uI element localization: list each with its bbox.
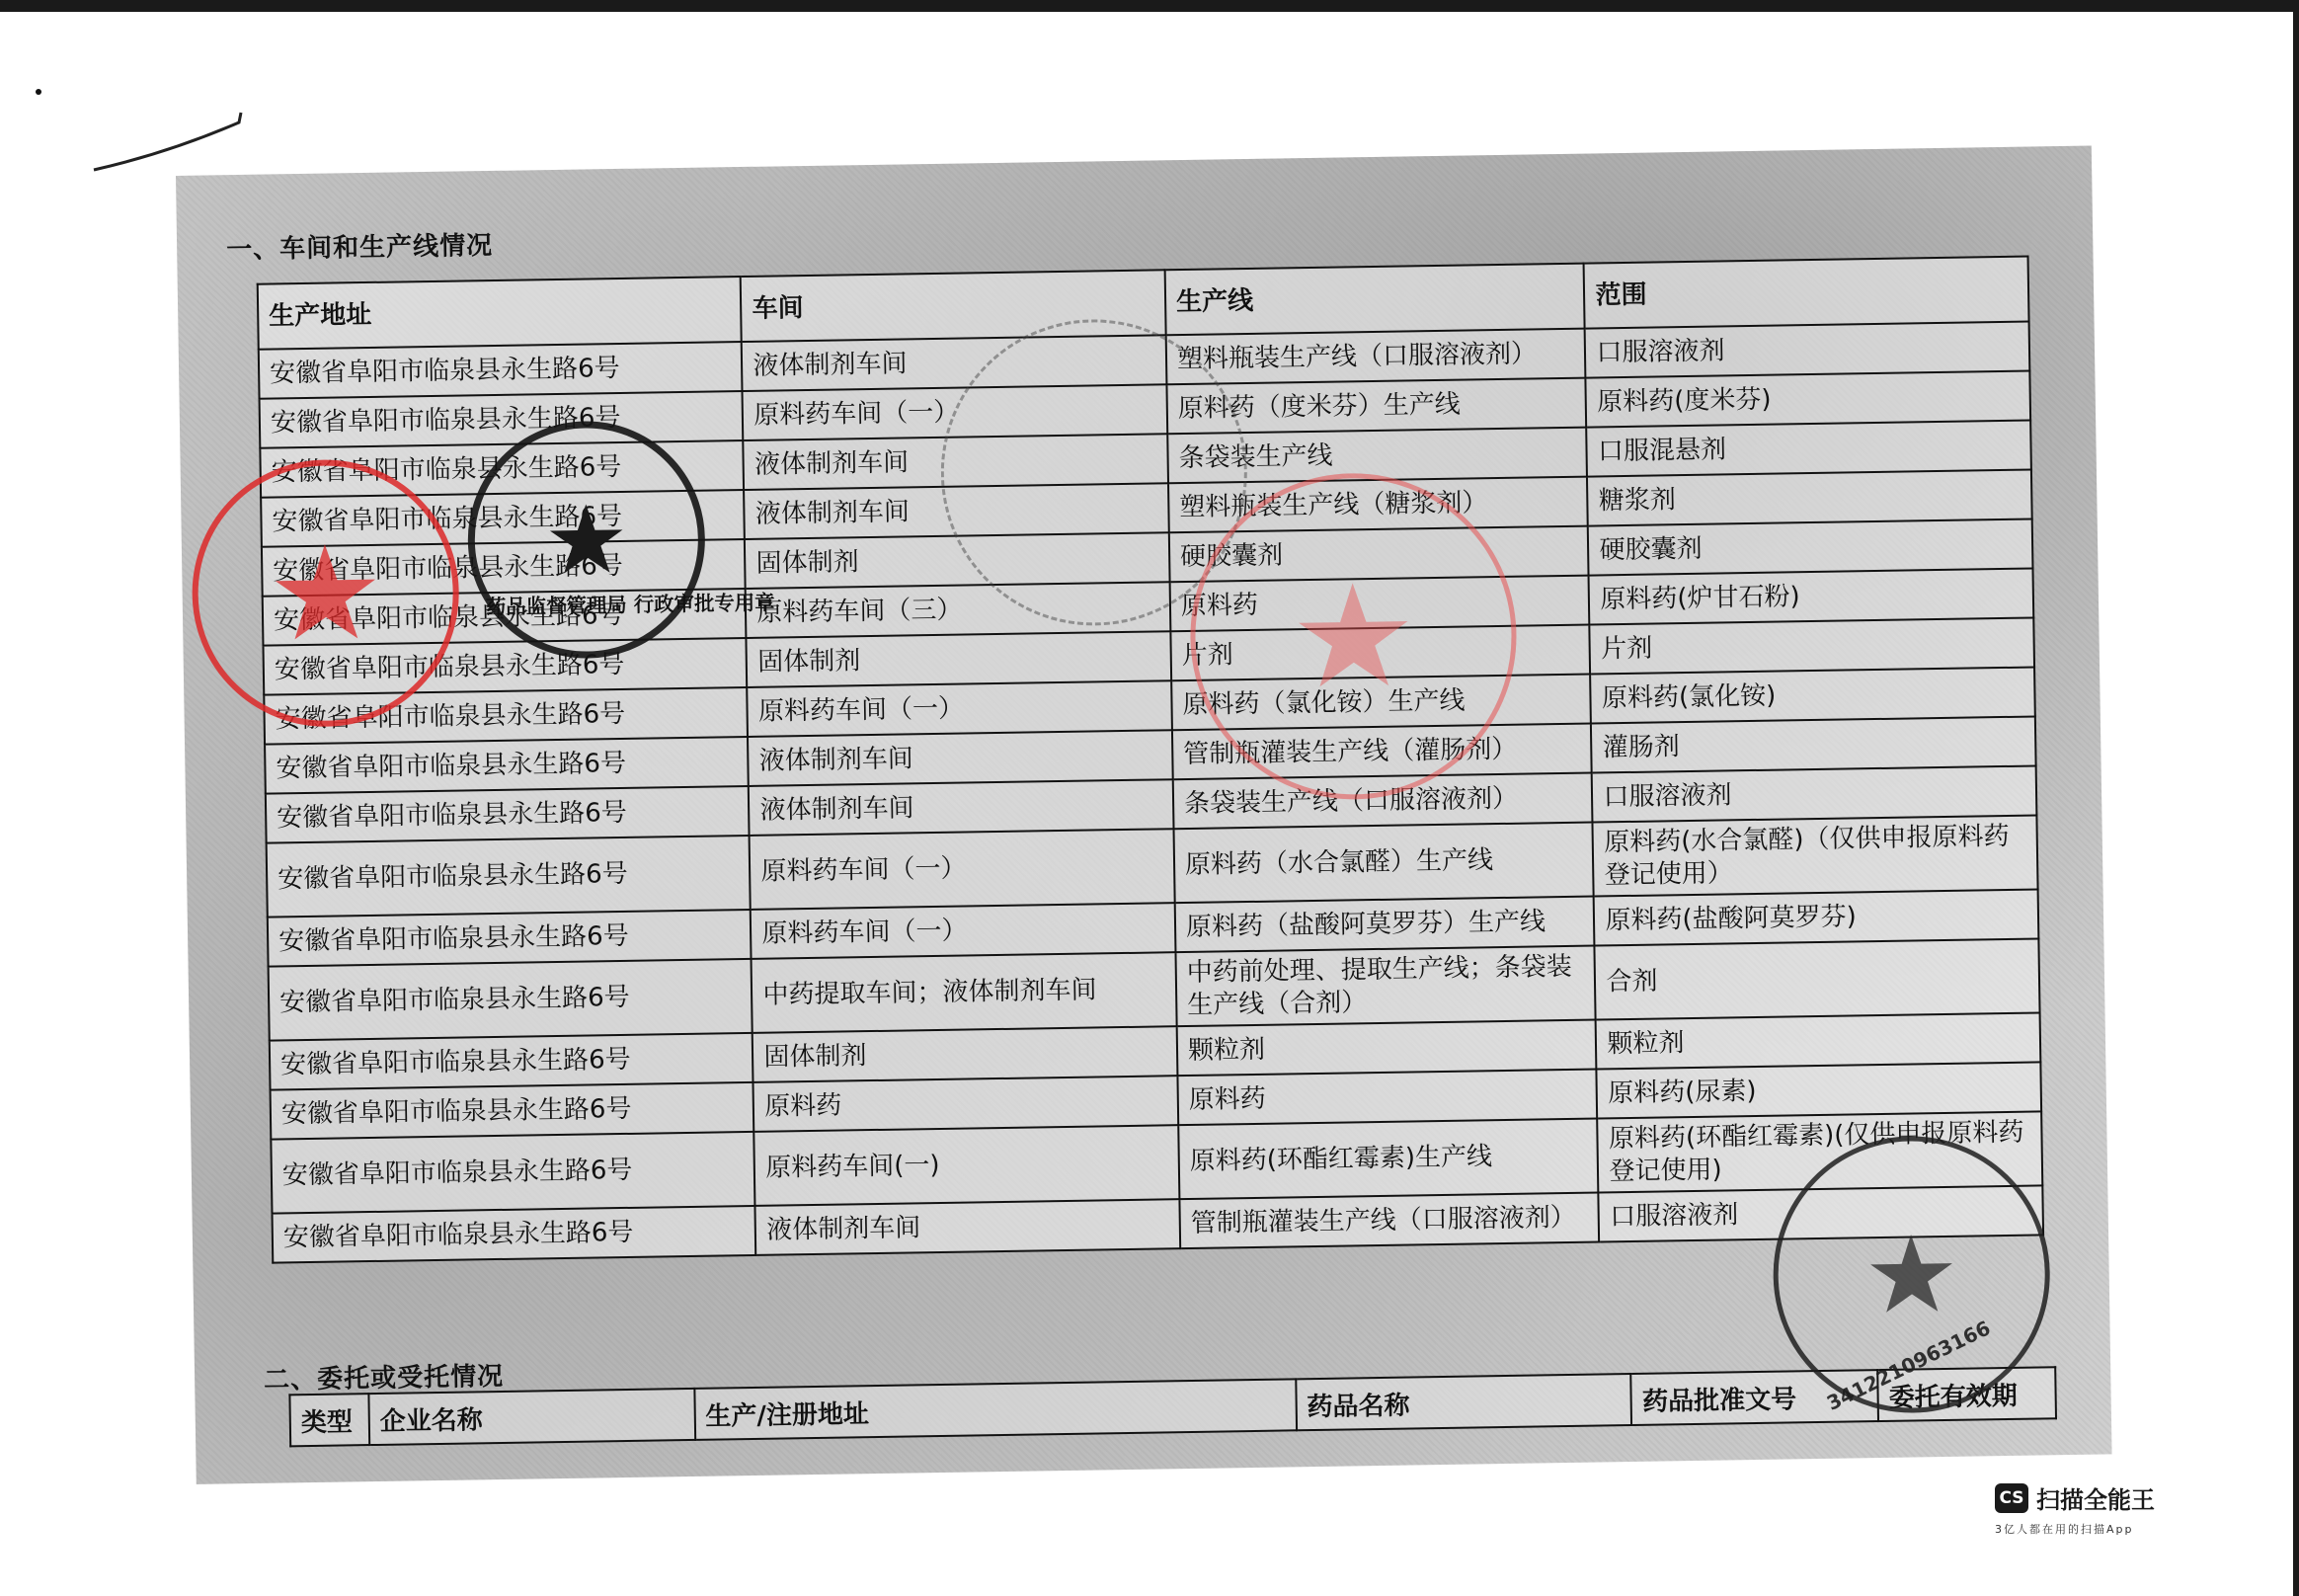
cell-address: 安徽省阜阳市临泉县永生路6号 [261,490,745,547]
cell-workshop: 固体制剂 [753,1026,1177,1082]
cell-workshop: 中药提取车间；液体制剂车间 [752,952,1177,1033]
header-address: 生产地址 [258,277,742,350]
cell-address: 安徽省阜阳市临泉县永生路6号 [268,910,752,967]
workshop-table: 生产地址 车间 生产线 范围 安徽省阜阳市临泉县永生路6号液体制剂车间塑料瓶装生… [257,256,2044,1264]
cell-workshop: 液体制剂车间 [744,434,1168,490]
cell-workshop: 原料药车间（三） [746,582,1170,638]
cell-scope: 灌肠剂 [1591,716,2035,772]
cell-address: 安徽省阜阳市临泉县永生路6号 [262,539,746,597]
cell-line: 塑料瓶装生产线（口服溶液剂） [1166,329,1586,385]
header-company: 企业名称 [368,1389,694,1445]
cell-line: 原料药（水合氯醛）生产线 [1173,823,1594,904]
cell-scope: 口服溶液剂 [1585,322,2029,378]
scan-right-border [2293,0,2299,1596]
cell-scope: 硬胶囊剂 [1588,519,2032,576]
scan-top-border [0,0,2299,12]
cell-address: 安徽省阜阳市临泉县永生路6号 [263,638,747,695]
cell-address: 安徽省阜阳市临泉县永生路6号 [266,786,750,843]
cell-workshop: 固体制剂 [747,631,1171,687]
header-drug-name: 药品名称 [1296,1374,1631,1430]
cell-scope: 原料药(盐酸阿莫罗芬) [1594,889,2038,945]
speck [36,89,41,95]
header-address: 生产/注册地址 [694,1379,1297,1440]
cell-workshop: 原料药车间（一） [751,903,1175,959]
cell-scope: 颗粒剂 [1596,1012,2040,1069]
cell-address: 安徽省阜阳市临泉县永生路6号 [270,1033,753,1090]
cell-line: 颗粒剂 [1177,1020,1597,1077]
cell-line: 管制瓶灌装生产线（灌肠剂） [1172,724,1592,780]
cell-workshop: 原料药车间（一） [748,680,1172,737]
header-line: 生产线 [1165,264,1586,336]
cell-address: 安徽省阜阳市临泉县永生路6号 [264,687,748,745]
cell-workshop: 液体制剂车间 [744,483,1168,539]
header-scope: 范围 [1584,257,2028,329]
cell-address: 安徽省阜阳市临泉县永生路6号 [263,589,747,646]
table-header-row: 类型 企业名称 生产/注册地址 药品名称 药品批准文号 委托有效期 [289,1367,2056,1446]
section1-title: 一、车间和生产线情况 [226,225,494,266]
cell-address: 安徽省阜阳市临泉县永生路6号 [271,1082,754,1140]
header-validity: 委托有效期 [1877,1367,2056,1421]
cell-workshop: 液体制剂车间 [742,335,1166,391]
cell-scope: 口服溶液剂 [1592,765,2036,822]
header-workshop: 车间 [741,270,1166,342]
brand-name: 扫描全能王 [2036,1480,2155,1515]
scanned-document: 一、车间和生产线情况 生产地址 车间 生产线 范围 安徽省阜阳市临泉县永生路6号… [176,146,2112,1484]
cell-address: 安徽省阜阳市临泉县永生路6号 [269,959,753,1041]
cell-line: 条袋装生产线（口服溶液剂） [1173,773,1593,830]
cell-scope: 原料药(水合氯醛)（仅供申报原料药登记使用） [1593,815,2038,896]
cell-scope: 口服溶液剂 [1599,1185,2043,1241]
cell-line: 条袋装生产线 [1167,428,1587,484]
cell-workshop: 固体制剂 [745,532,1169,589]
cell-workshop: 原料药车间(一) [754,1125,1180,1206]
cell-workshop: 液体制剂车间 [749,779,1173,836]
header-type: 类型 [289,1394,369,1446]
cell-line: 管制瓶灌装生产线（口服溶液剂） [1179,1192,1599,1248]
cell-workshop: 原料药车间（一） [743,384,1167,440]
pen-mark [89,109,247,178]
cell-scope: 片剂 [1590,618,2034,675]
cell-address: 安徽省阜阳市临泉县永生路6号 [271,1132,755,1214]
cell-workshop: 原料药车间（一） [750,829,1175,910]
cell-scope: 原料药(氯化铵) [1591,667,2035,723]
cell-scope: 口服混悬剂 [1587,421,2031,477]
cell-workshop: 原料药 [753,1076,1178,1132]
cell-address: 安徽省阜阳市临泉县永生路6号 [267,836,752,918]
header-approval-no: 药品批准文号 [1631,1370,1879,1425]
cell-line: 原料药（氯化铵）生产线 [1171,675,1591,731]
brand-tagline: 3亿人都在用的扫描App [1995,1521,2192,1537]
contract-table: 类型 企业名称 生产/注册地址 药品名称 药品批准文号 委托有效期 [288,1366,2057,1447]
cell-address: 安徽省阜阳市临泉县永生路6号 [265,737,749,794]
cell-line: 中药前处理、提取生产线；条袋装生产线（合剂） [1175,946,1596,1027]
cell-line: 原料药 [1177,1070,1597,1126]
cell-address: 安徽省阜阳市临泉县永生路6号 [260,440,744,498]
cell-scope: 合剂 [1595,938,2040,1019]
cell-line: 硬胶囊剂 [1169,526,1589,583]
cell-workshop: 液体制剂车间 [755,1199,1180,1255]
camscanner-logo-icon: CS [1995,1483,2028,1513]
cell-line: 原料药（度米芬）生产线 [1166,378,1586,435]
cell-address: 安徽省阜阳市临泉县永生路6号 [259,342,743,399]
cell-line: 原料药(环酯红霉素)生产线 [1178,1119,1599,1200]
cell-scope: 原料药(环酯红霉素)(仅供申报原料药登记使用) [1598,1111,2043,1192]
camscanner-watermark: CS 扫描全能王 3亿人都在用的扫描App [1995,1480,2192,1537]
star-icon [1866,1230,1956,1319]
cell-scope: 原料药(尿素) [1597,1062,2041,1118]
cell-address: 安徽省阜阳市临泉县永生路6号 [273,1206,756,1263]
cell-scope: 糖浆剂 [1587,470,2031,526]
cell-line: 片剂 [1170,625,1590,681]
cell-address: 安徽省阜阳市临泉县永生路6号 [260,391,744,448]
cell-line: 原料药（盐酸阿莫罗芬）生产线 [1175,897,1595,953]
workshop-table-body: 安徽省阜阳市临泉县永生路6号液体制剂车间塑料瓶装生产线（口服溶液剂）口服溶液剂安… [259,322,2043,1263]
cell-scope: 原料药(炉甘石粉) [1589,569,2033,625]
cell-scope: 原料药(度米芬) [1586,371,2030,428]
cell-line: 塑料瓶装生产线（糖浆剂） [1168,477,1588,533]
cell-line: 原料药 [1170,576,1590,632]
cell-workshop: 液体制剂车间 [748,730,1172,786]
